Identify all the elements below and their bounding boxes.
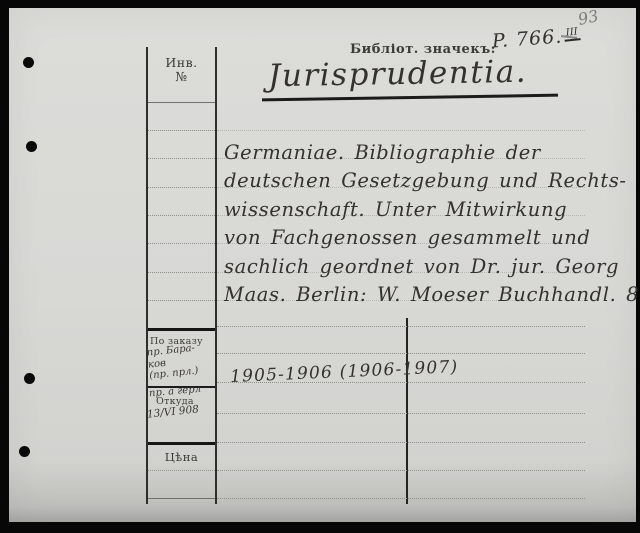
ruled-line bbox=[217, 326, 585, 327]
ruled-line bbox=[148, 158, 215, 159]
punch-hole bbox=[19, 446, 30, 457]
price-label: Цѣна bbox=[147, 450, 216, 464]
ruled-line bbox=[148, 215, 215, 216]
library-mark-superscript: III bbox=[563, 26, 580, 42]
ruled-line bbox=[217, 413, 585, 414]
order-note: пр. Бара- ков (пр. прл.) bbox=[146, 343, 199, 382]
catalog-card-scan: 93 Библіот. значекъ: P. 766. III Jurispr… bbox=[0, 0, 640, 533]
inventory-label-line1: Инв. bbox=[147, 56, 216, 70]
ruled-line bbox=[217, 442, 585, 443]
ruled-line bbox=[148, 498, 215, 499]
ruled-line bbox=[148, 300, 215, 301]
ruled-line bbox=[217, 498, 585, 499]
ruled-line bbox=[217, 130, 585, 131]
ruled-line bbox=[148, 102, 215, 103]
ruled-line bbox=[217, 353, 585, 354]
entry-line: deutschen Gesetzgebung und Rechts- bbox=[224, 167, 640, 195]
inventory-label: Инв. № bbox=[147, 56, 216, 84]
entry-line: sachlich geordnet von Dr. jur. Georg bbox=[224, 253, 640, 281]
column-divider-right bbox=[215, 47, 217, 504]
ruled-line bbox=[148, 272, 215, 273]
inventory-label-line2: № bbox=[147, 70, 216, 84]
punch-hole bbox=[23, 57, 34, 68]
ruled-line bbox=[148, 442, 215, 445]
entry-line: von Fachgenossen gesammelt und bbox=[224, 224, 640, 252]
middle-divider bbox=[406, 318, 408, 504]
entry-line: wissenschaft. Unter Mitwirkung bbox=[224, 196, 640, 224]
column-divider-left bbox=[146, 47, 148, 504]
ruled-line bbox=[148, 470, 215, 471]
ruled-line bbox=[148, 328, 215, 331]
ruled-line bbox=[148, 243, 215, 244]
entry-line: Maas. Berlin: W. Moeser Buchhandl. 8. bbox=[224, 281, 640, 309]
card-title: Jurisprudentia. bbox=[268, 54, 528, 95]
punch-hole bbox=[26, 141, 37, 152]
ruled-line bbox=[148, 187, 215, 188]
punch-hole bbox=[24, 373, 35, 384]
ruled-line bbox=[217, 470, 585, 471]
ruled-line bbox=[148, 130, 215, 131]
bibliographic-entry: Germaniae. Bibliographie der deutschen G… bbox=[224, 139, 640, 309]
entry-line: Germaniae. Bibliographie der bbox=[224, 139, 640, 167]
